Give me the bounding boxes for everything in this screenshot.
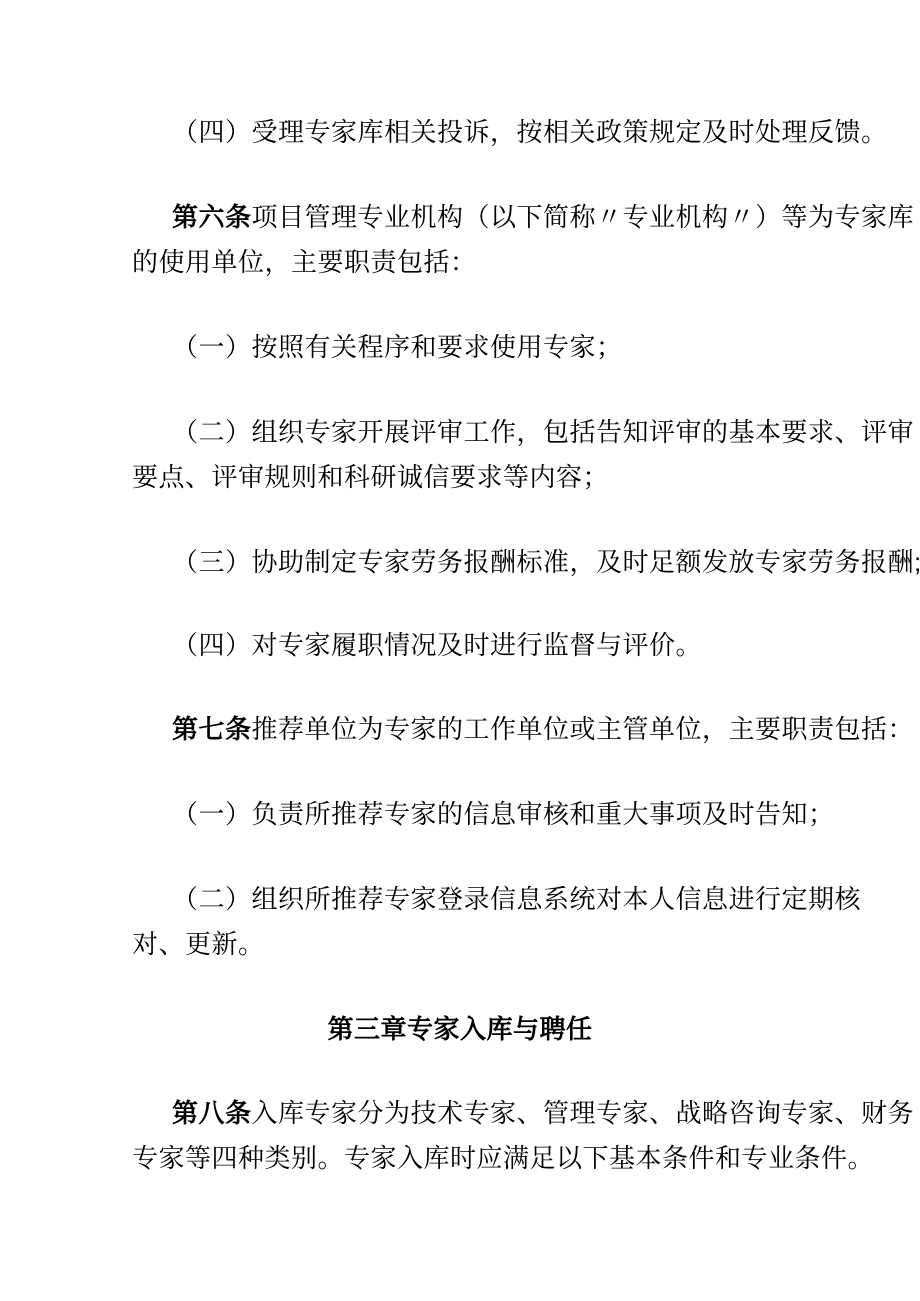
bold-text-segment: 第七条: [172, 714, 252, 744]
text-line: （三）协助制定专家劳务报酬标准，及时足额发放专家劳务报酬;: [172, 545, 920, 579]
text-line: （四）对专家履职情况及时进行监督与评价。: [172, 628, 702, 662]
text-segment: 项目管理专业机构（以下简称〃专业机构〃）等为专家库: [252, 202, 915, 232]
text-line: 的使用单位，主要职责包括：: [132, 245, 477, 279]
text-segment: （二）组织专家开展评审工作，包括告知评审的基本要求、评审: [172, 417, 914, 447]
bold-text-segment: 第八条: [172, 1098, 252, 1128]
text-line: （二）组织专家开展评审工作，包括告知评审的基本要求、评审: [172, 415, 914, 449]
bold-text-segment: 第六条: [172, 202, 252, 232]
text-line: 第八条入库专家分为技术专家、管理专家、战略咨询专家、财务: [172, 1096, 914, 1130]
text-line: （一）按照有关程序和要求使用专家；: [172, 330, 623, 364]
text-segment: 入库专家分为技术专家、管理专家、战略咨询专家、财务: [252, 1098, 915, 1128]
text-segment: 对、更新。: [132, 929, 265, 959]
text-line: （一）负责所推荐专家的信息审核和重大事项及时告知；: [172, 797, 835, 831]
text-segment: （一）按照有关程序和要求使用专家；: [172, 332, 623, 362]
text-line: 专家等四种类别。专家入库时应满足以下基本条件和专业条件。: [132, 1141, 874, 1175]
text-segment: （四）受理专家库相关投诉，按相关政策规定及时处理反馈。: [172, 117, 888, 147]
text-line: 第六条项目管理专业机构（以下简称〃专业机构〃）等为专家库: [172, 200, 914, 234]
text-segment: 专家等四种类别。专家入库时应满足以下基本条件和专业条件。: [132, 1143, 874, 1173]
text-segment: 推荐单位为专家的工作单位或主管单位，主要职责包括：: [252, 714, 915, 744]
text-segment: 要点、评审规则和科研诚信要求等内容；: [132, 462, 609, 492]
text-segment: （二）组织所推荐专家登录信息系统对本人信息进行定期核: [172, 884, 861, 914]
bold-text-segment: 第三章专家入库与聘任: [327, 1014, 592, 1044]
text-segment: （三）协助制定专家劳务报酬标准，及时足额发放专家劳务报酬;: [172, 547, 920, 577]
text-line: （二）组织所推荐专家登录信息系统对本人信息进行定期核: [172, 882, 861, 916]
text-segment: （四）对专家履职情况及时进行监督与评价。: [172, 630, 702, 660]
text-segment: （一）负责所推荐专家的信息审核和重大事项及时告知；: [172, 799, 835, 829]
document-page: （四）受理专家库相关投诉，按相关政策规定及时处理反馈。第六条项目管理专业机构（以…: [0, 0, 920, 1301]
text-line: 要点、评审规则和科研诚信要求等内容；: [132, 460, 609, 494]
text-segment: 的使用单位，主要职责包括：: [132, 247, 477, 277]
text-line: （四）受理专家库相关投诉，按相关政策规定及时处理反馈。: [172, 115, 888, 149]
text-line: 第三章专家入库与聘任: [0, 1012, 920, 1046]
text-line: 第七条推荐单位为专家的工作单位或主管单位，主要职责包括：: [172, 712, 914, 746]
text-line: 对、更新。: [132, 927, 265, 961]
